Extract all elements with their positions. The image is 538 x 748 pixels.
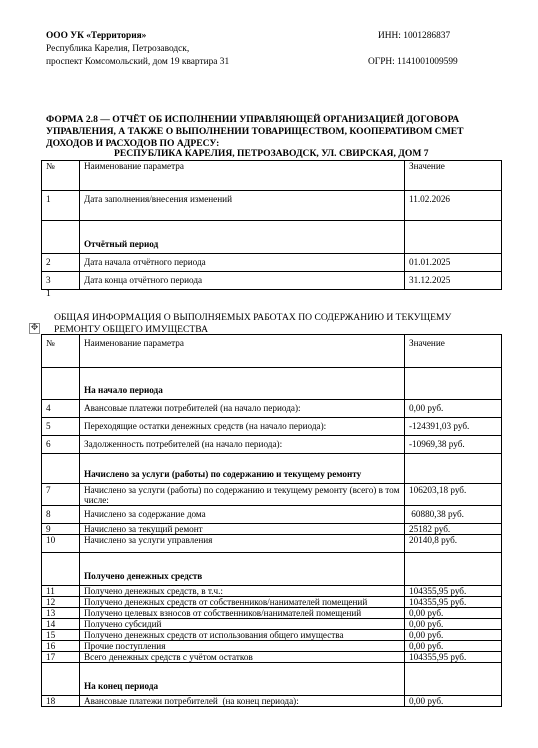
section-title: Отчётный период [80,221,405,254]
section-row: Начислено за услуги (работы) по содержан… [42,454,502,484]
row-value: -10969,38 руб. [405,436,502,454]
row-name: Всего денежных средств с учётом остатков [80,652,405,663]
form-title-line1: ФОРМА 2.8 — ОТЧЁТ ОБ ИСПОЛНЕНИИ УПРАВЛЯЮ… [46,114,459,126]
row-num: 17 [42,652,80,663]
table-row: 8 Начислено за содержание дома 60880,38 … [42,506,502,524]
table-row: 3 Дата конца отчётного периода 31.12.202… [42,272,502,290]
header-name: Наименование параметра [80,161,405,191]
row-name: Авансовые платежи потребителей (на конец… [80,696,405,707]
row-name: Начислено за текущий ремонт [80,524,405,535]
row-value: 106203,18 руб. [405,484,502,506]
row-num: 5 [42,418,80,436]
section-row: На начало периода [42,368,502,400]
row-num: 16 [42,641,80,652]
table-row: 6 Задолженность потребителей (на начало … [42,436,502,454]
row-value: 0,00 руб. [405,630,502,641]
row-value: 0,00 руб. [405,608,502,619]
row-name: Начислено за услуги управления [80,535,405,553]
row-num: 2 [42,254,80,272]
row-name: Переходящие остатки денежных средств (на… [80,418,405,436]
row-value: 0,00 руб. [405,619,502,630]
table-move-handle-icon[interactable]: ✥ [29,323,40,334]
row-value: 104355,95 руб. [405,597,502,608]
table-row: 15 Получено денежных средств от использо… [42,630,502,641]
section-row: Отчётный период [42,221,502,254]
row-num: 1 [42,191,80,221]
company-inn: ИНН: 1001286837 [378,31,450,41]
row-num: 8 [42,506,80,524]
row-value: 104355,95 руб. [405,652,502,663]
row-name: Дата начала отчётного периода [80,254,405,272]
table-row: 12 Получено денежных средств от собствен… [42,597,502,608]
table-row: 16 Прочие поступления 0,00 руб. [42,641,502,652]
row-name: Получено денежных средств от собственник… [80,597,405,608]
table-row: 4 Авансовые платежи потребителей (на нач… [42,400,502,418]
table-row: 5 Переходящие остатки денежных средств (… [42,418,502,436]
row-value: 11.02.2026 [405,191,502,221]
row-num: 18 [42,696,80,707]
header-name: Наименование параметра [80,335,405,368]
row-num: 6 [42,436,80,454]
row-num: 15 [42,630,80,641]
row-value: 0,00 руб. [405,696,502,707]
row-name: Начислено за содержание дома [80,506,405,524]
row-name: Получено субсидий [80,619,405,630]
row-num: 9 [42,524,80,535]
row-num: 13 [42,608,80,619]
section-title: На начало периода [80,368,405,400]
row-num: 10 [42,535,80,553]
company-name: ООО УК «Территория» [46,31,146,41]
table-row: 14 Получено субсидий 0,00 руб. [42,619,502,630]
form-title-line2: УПРАВЛЕНИЯ, А ТАКЖЕ О ВЫПОЛНЕНИИ ТОВАРИЩ… [46,126,464,138]
header-value: Значение [405,335,502,368]
row-name-prefix: Получено денежных средств, в [84,586,208,596]
table-row: 17 Всего денежных средств с учётом остат… [42,652,502,663]
section-title: На конец периода [80,663,405,696]
row-num: 14 [42,619,80,630]
form-title-address: РЕСПУБЛИКА КАРЕЛИЯ, ПЕТРОЗАВОДСК, УЛ. СВ… [114,148,429,160]
row-name: Получено денежных средств от использован… [80,630,405,641]
report-period-table: № Наименование параметра Значение 1 Дата… [41,160,502,290]
row-name: Прочие поступления [80,641,405,652]
page-marker: 1 [46,289,51,299]
row-value: 20140,8 руб. [405,535,502,553]
row-value: 31.12.2025 [405,272,502,290]
row-name: Задолженность потребителей (на начало пе… [80,436,405,454]
header-value: Значение [405,161,502,191]
row-value: 104355,95 руб. [405,586,502,597]
row-value: -124391,03 руб. [405,418,502,436]
table-row: 7 Начислено за услуги (работы) по содерж… [42,484,502,506]
row-num: 4 [42,400,80,418]
section-row: Получено денежных средств [42,553,502,586]
table-row: 13 Получено целевых взносов от собственн… [42,608,502,619]
row-name: Дата заполнения/внесения изменений [80,191,405,221]
row-name: Получено денежных средств, в т.ч.: [80,586,405,597]
row-value: 0,00 руб. [405,400,502,418]
table-row: 18 Авансовые платежи потребителей (на ко… [42,696,502,707]
section-title: Начислено за услуги (работы) по содержан… [80,454,405,484]
row-num: 11 [42,586,80,597]
section2-title-line1: ОБЩАЯ ИНФОРМАЦИЯ О ВЫПОЛНЯЕМЫХ РАБОТАХ П… [54,312,451,323]
table-row: 11 Получено денежных средств, в т.ч.: 10… [42,586,502,597]
row-value: 25182 руб. [405,524,502,535]
company-address-line1: Республика Карелия, Петрозаводск, [46,44,189,54]
section-row: На конец периода [42,663,502,696]
row-name: Начислено за услуги (работы) по содержан… [80,484,405,506]
spellcheck-flagged-word[interactable]: т.ч. [208,586,221,596]
header-num: № [42,161,80,191]
row-value: 0,00 руб. [405,641,502,652]
table-header-row: № Наименование параметра Значение [42,335,502,368]
row-name: Получено целевых взносов от собственнико… [80,608,405,619]
company-ogrn: ОГРН: 1141001009599 [368,57,458,67]
row-num: 12 [42,597,80,608]
table-header-row: № Наименование параметра Значение [42,161,502,191]
row-name: Авансовые платежи потребителей (на начал… [80,400,405,418]
row-value: 01.01.2025 [405,254,502,272]
section-title: Получено денежных средств [80,553,405,586]
maintenance-info-table: № Наименование параметра Значение На нач… [41,334,502,707]
row-name-suffix: : [220,586,223,596]
company-address-line2: проспект Комсомольский, дом 19 квартира … [46,57,229,67]
header-num: № [42,335,80,368]
row-value: 60880,38 руб. [405,506,502,524]
row-name: Дата конца отчётного периода [80,272,405,290]
row-num: 3 [42,272,80,290]
table-row: 10 Начислено за услуги управления 20140,… [42,535,502,553]
row-num: 7 [42,484,80,506]
table-row: 9 Начислено за текущий ремонт 25182 руб. [42,524,502,535]
table-row: 2 Дата начала отчётного периода 01.01.20… [42,254,502,272]
table-row: 1 Дата заполнения/внесения изменений 11.… [42,191,502,221]
